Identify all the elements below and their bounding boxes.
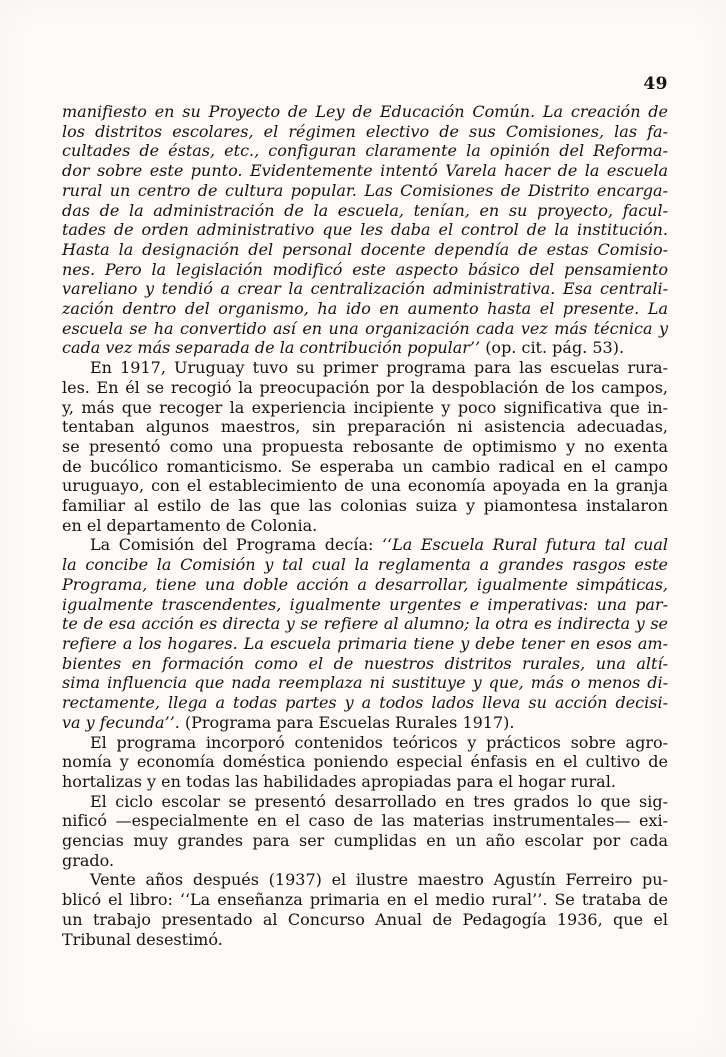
- text-segment: igualmente trascendentes, igualmente urg…: [62, 595, 668, 614]
- text-segment: Vente años después (1937) el ilustre mae…: [90, 870, 668, 889]
- text-line: y, más que recoger la experiencia incipi…: [62, 398, 668, 418]
- text-line: vareliano y tendió a crear la centraliza…: [62, 279, 668, 299]
- text-line: dor sobre este punto. Evidentemente inte…: [62, 161, 668, 181]
- text-segment: cada vez más separada de la contribución…: [62, 338, 485, 357]
- text-line: rural un centro de cultura popular. Las …: [62, 181, 668, 201]
- text-segment: familiar al estilo de las que las coloni…: [62, 496, 668, 515]
- text-line: los distritos escolares, el régimen elec…: [62, 122, 668, 142]
- text-segment: sima influencia que nada reemplaza ni su…: [62, 673, 668, 692]
- text-line: manifiesto en su Proyecto de Ley de Educ…: [62, 102, 668, 122]
- text-segment: zación dentro del organismo, ha ido en a…: [62, 299, 668, 318]
- text-line: sima influencia que nada reemplaza ni su…: [62, 673, 668, 693]
- page-number: 49: [62, 74, 668, 94]
- text-segment: En 1917, Uruguay tuvo su primer programa…: [90, 358, 668, 377]
- text-line: se presentó como una propuesta rebosante…: [62, 437, 668, 457]
- text-segment: La Comisión del Programa decía:: [90, 535, 382, 554]
- text-segment: la concibe la Comisión y tal cual la reg…: [62, 555, 668, 574]
- book-page: 49 manifiesto en su Proyecto de Ley de E…: [0, 0, 726, 1057]
- text-segment: gencias muy grandes para ser cumplidas e…: [62, 831, 668, 850]
- text-line: familiar al estilo de las que las coloni…: [62, 496, 668, 516]
- text-segment: nomía y economía doméstica poniendo espe…: [62, 752, 668, 771]
- text-segment: blicó el libro: ‘‘La enseñanza primaria …: [62, 890, 668, 909]
- text-segment: en el departamento de Colonia.: [62, 516, 317, 535]
- text-line: En 1917, Uruguay tuvo su primer programa…: [62, 358, 668, 378]
- text-block: manifiesto en su Proyecto de Ley de Educ…: [62, 102, 668, 949]
- paragraph: El programa incorporó contenidos teórico…: [62, 733, 668, 792]
- text-segment: cultades de éstas, etc., configuran clar…: [62, 141, 668, 160]
- text-segment: escuela se ha convertido así en una orga…: [62, 319, 668, 338]
- text-segment: te de esa acción es directa y se refiere…: [62, 614, 668, 633]
- text-segment: Tribunal desestimó.: [62, 930, 223, 949]
- paragraph: Vente años después (1937) el ilustre mae…: [62, 870, 668, 949]
- text-line: hortalizas y en todas las habilidades ap…: [62, 772, 668, 792]
- paragraph: La Comisión del Programa decía: ‘‘La Esc…: [62, 535, 668, 732]
- text-segment: manifiesto en su Proyecto de Ley de Educ…: [62, 102, 668, 121]
- text-segment: refiere a los hogares. La escuela primar…: [62, 634, 668, 653]
- text-line: refiere a los hogares. La escuela primar…: [62, 634, 668, 654]
- text-line: Vente años después (1937) el ilustre mae…: [62, 870, 668, 890]
- text-line: les. En él se recogió la preocupación po…: [62, 378, 668, 398]
- text-line: nomía y economía doméstica poniendo espe…: [62, 752, 668, 772]
- text-line: la concibe la Comisión y tal cual la reg…: [62, 555, 668, 575]
- text-segment: dor sobre este punto. Evidentemente inte…: [62, 161, 668, 180]
- text-line: escuela se ha convertido así en una orga…: [62, 319, 668, 339]
- text-segment: tentaban algunos maestros, sin preparaci…: [62, 417, 668, 436]
- text-line: gencias muy grandes para ser cumplidas e…: [62, 831, 668, 851]
- text-segment: les. En él se recogió la preocupación po…: [62, 378, 668, 397]
- paragraph: manifiesto en su Proyecto de Ley de Educ…: [62, 102, 668, 358]
- text-segment: de bucólico romanticismo. Se esperaba un…: [62, 457, 668, 476]
- text-line: zación dentro del organismo, ha ido en a…: [62, 299, 668, 319]
- text-line: cultades de éstas, etc., configuran clar…: [62, 141, 668, 161]
- text-line: va y fecunda’’. (Programa para Escuelas …: [62, 713, 668, 733]
- paragraph: En 1917, Uruguay tuvo su primer programa…: [62, 358, 668, 535]
- text-segment: uruguayo, con el establecimiento de una …: [62, 476, 668, 495]
- text-line: Programa, tiene una doble acción a desar…: [62, 575, 668, 595]
- text-line: El programa incorporó contenidos teórico…: [62, 733, 668, 753]
- text-segment: bientes en formación como el de nuestros…: [62, 654, 668, 673]
- text-segment: se presentó como una propuesta rebosante…: [62, 437, 668, 456]
- text-segment: un trabajo presentado al Concurso Anual …: [62, 910, 668, 929]
- text-segment: tades de orden administrativo que les da…: [62, 220, 668, 239]
- text-segment: das de la administración de la escuela, …: [62, 201, 668, 220]
- text-line: tades de orden administrativo que les da…: [62, 220, 668, 240]
- text-line: nes. Pero la legislación modificó este a…: [62, 260, 668, 280]
- text-segment: El ciclo escolar se presentó desarrollad…: [90, 792, 668, 811]
- text-line: un trabajo presentado al Concurso Anual …: [62, 910, 668, 930]
- text-line: das de la administración de la escuela, …: [62, 201, 668, 221]
- text-line: rectamente, llega a todas partes y a tod…: [62, 693, 668, 713]
- text-line: blicó el libro: ‘‘La enseñanza primaria …: [62, 890, 668, 910]
- text-line: tentaban algunos maestros, sin preparaci…: [62, 417, 668, 437]
- text-segment: Programa, tiene una doble acción a desar…: [62, 575, 668, 594]
- text-segment: ‘‘La Escuela Rural futura tal cual: [382, 535, 668, 554]
- text-segment: Hasta la designación del personal docent…: [62, 240, 668, 259]
- text-segment: El programa incorporó contenidos teórico…: [90, 733, 668, 752]
- paragraph: El ciclo escolar se presentó desarrollad…: [62, 792, 668, 871]
- text-line: nificó —especialmente en el caso de las …: [62, 811, 668, 831]
- text-segment: rectamente, llega a todas partes y a tod…: [62, 693, 668, 712]
- text-segment: (op. cit. pág. 53).: [485, 338, 624, 357]
- text-line: La Comisión del Programa decía: ‘‘La Esc…: [62, 535, 668, 555]
- text-line: uruguayo, con el establecimiento de una …: [62, 476, 668, 496]
- text-segment: hortalizas y en todas las habilidades ap…: [62, 772, 616, 791]
- text-line: de bucólico romanticismo. Se esperaba un…: [62, 457, 668, 477]
- text-segment: nificó —especialmente en el caso de las …: [62, 811, 668, 830]
- text-segment: nes. Pero la legislación modificó este a…: [62, 260, 668, 279]
- text-line: El ciclo escolar se presentó desarrollad…: [62, 792, 668, 812]
- text-segment: rural un centro de cultura popular. Las …: [62, 181, 668, 200]
- text-line: en el departamento de Colonia.: [62, 516, 668, 536]
- text-segment: (Programa para Escuelas Rurales 1917).: [185, 713, 515, 732]
- text-line: cada vez más separada de la contribución…: [62, 338, 668, 358]
- text-line: Hasta la designación del personal docent…: [62, 240, 668, 260]
- text-segment: va y fecunda’’.: [62, 713, 185, 732]
- text-line: te de esa acción es directa y se refiere…: [62, 614, 668, 634]
- text-line: grado.: [62, 851, 668, 871]
- text-line: igualmente trascendentes, igualmente urg…: [62, 595, 668, 615]
- text-line: Tribunal desestimó.: [62, 930, 668, 950]
- text-segment: los distritos escolares, el régimen elec…: [62, 122, 668, 141]
- text-segment: grado.: [62, 851, 114, 870]
- text-segment: y, más que recoger la experiencia incipi…: [62, 398, 668, 417]
- text-line: bientes en formación como el de nuestros…: [62, 654, 668, 674]
- text-segment: vareliano y tendió a crear la centraliza…: [62, 279, 668, 298]
